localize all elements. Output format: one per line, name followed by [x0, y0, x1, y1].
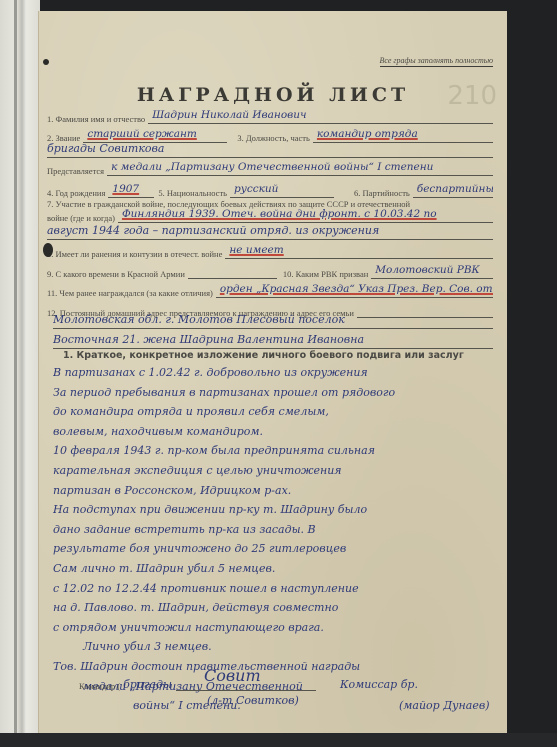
binder-margin [0, 0, 40, 747]
field-label: Представляется [47, 166, 104, 176]
field-7-continuation: август 1944 года – партизанский отряд. и… [47, 222, 493, 240]
narrative-line: На подступах при движении пр-ку т. Шадри… [53, 500, 498, 520]
narrative-line: с отрядом уничтожил наступающего врага. [53, 618, 498, 638]
presented-for-award: Представляется к медали „Партизану Отече… [47, 161, 493, 176]
field-label: 8. Имеет ли ранения и контузии в отечест… [47, 249, 222, 259]
field-1-full-name: 1. Фамилия имя и отчество Шадрин Николай… [47, 109, 493, 124]
field-value: к медали „Партизану Отечественной войны“… [107, 161, 493, 176]
field-label: 10. Каким РВК призван [283, 269, 368, 279]
narrative-line: За период пребывания в партизанах прошел… [53, 383, 498, 403]
award-sheet-page: Все графы заполнять полностью 210 НАГРАД… [38, 11, 507, 733]
commander-name: (л-т Совитков) [207, 694, 299, 707]
binder-edge [14, 0, 17, 747]
fill-all-fields-hint: Все графы заполнять полностью [380, 56, 493, 67]
field-11-previous-awards: 11. Чем ранее награждался (за какие отли… [47, 283, 493, 298]
narrative-block: В партизанах с 1.02.42 г. добровольно из… [53, 363, 498, 716]
field-8-wounds: 8. Имеет ли ранения и контузии в отечест… [47, 244, 493, 259]
narrative-line: результате боя уничтожено до 25 гитлеров… [53, 539, 498, 559]
field-value: 1907 [108, 183, 154, 198]
field-12-address-line-2: Восточная 21. жена Шадрина Валентина Ива… [53, 331, 493, 349]
field-value: беспартийный [413, 183, 493, 198]
field-label: 9. С какого времени в Красной Армии [47, 269, 185, 279]
field-value: не имеет [225, 244, 493, 259]
signature-commander-row: Командир ( бригады Совит Комиссар бр. [79, 671, 499, 691]
ink-spot [43, 59, 49, 65]
field-value: орден „Красная Звезда“ Указ През. Вер. С… [216, 283, 493, 298]
commissar-label: Комиссар бр. [340, 678, 418, 691]
field-9-10: 9. С какого времени в Красной Армии 10. … [47, 264, 493, 279]
narrative-line: карательная экспедиция с целью уничтожен… [53, 461, 498, 481]
field-value [188, 264, 277, 279]
field-3-continuation: бригады Совиткова [47, 140, 493, 158]
signature-line: Совит [176, 672, 316, 691]
narrative-line: партизан в Россонском, Идрицком р-ах. [53, 481, 498, 501]
document-title: НАГРАДНОЙ ЛИСТ [39, 84, 507, 106]
field-value: Шадрин Николай Иванович [148, 109, 493, 124]
field-7-war-participation: войне (где и когда) Финляндия 1939. Отеч… [47, 208, 493, 223]
narrative-line: с 12.02 по 12.2.44 противник пошел в нас… [53, 579, 498, 599]
field-value: Молотовский РВК [371, 264, 493, 279]
narrative-line: до командира отряда и проявил себя смелы… [53, 402, 498, 422]
narrative-line: 10 февраля 1943 г. пр-ком была предприня… [53, 441, 498, 461]
commander-role: бригады [123, 678, 172, 691]
narrative-line: Лично убил 3 немцев. [53, 637, 498, 657]
commissar-name: (майор Дунаев) [399, 699, 490, 712]
narrative-line: Сам лично т. Шадрин убил 5 немцев. [53, 559, 498, 579]
hole-punch-mark [43, 243, 53, 257]
section-heading-feat-description: 1. Краткое, конкретное изложение личного… [63, 350, 464, 361]
narrative-line: волевым, находчивым командиром. [53, 422, 498, 442]
narrative-line: дано задание встретить пр-ка из засады. … [53, 520, 498, 540]
field-4-5-6: 4. Год рождения 1907 5. Национальность р… [47, 183, 493, 198]
narrative-line: на д. Павлово. т. Шадрин, действуя совме… [53, 598, 498, 618]
field-12-address-line-1: Молотовская обл. г. Молотов Плесовый пос… [53, 311, 493, 329]
scanner-background [0, 733, 557, 747]
field-value: русский [230, 183, 334, 198]
field-label: 11. Чем ранее награждался (за какие отли… [47, 288, 213, 298]
field-label: 1. Фамилия имя и отчество [47, 114, 145, 124]
field-value: Финляндия 1939. Отеч. война дни фронт. с… [118, 208, 493, 223]
commander-signature: Совит [204, 666, 261, 685]
commander-label: Командир ( [79, 681, 120, 691]
narrative-line: В партизанах с 1.02.42 г. добровольно из… [53, 363, 498, 383]
